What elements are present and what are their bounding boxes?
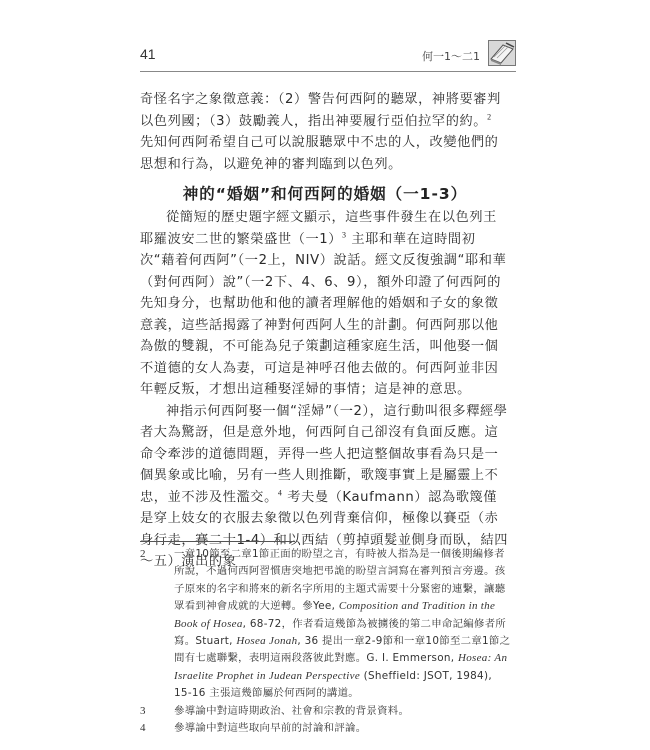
footnote-text: 參導論中對這時期政治、社會和宗教的背景資料。: [174, 703, 512, 720]
running-head: 何一1～二1: [422, 48, 480, 64]
section-body: 從簡短的歷史題字經文顯示，這些事件發生在以色列王耶羅波安二世的繁榮盛世（一1）3…: [140, 207, 510, 573]
footnote-number: 2: [140, 546, 174, 703]
paragraph-text: 主耶和華在這時間初次“藉着何西阿”（一2上，NIV）說話。經文反復強調“耶和華（…: [140, 232, 506, 398]
page-number: 41: [140, 46, 156, 62]
footnote: 3 參導論中對這時期政治、社會和宗教的背景資料。: [140, 703, 512, 720]
intro-text-b: 先知何西阿希望自己可以說服聽眾中不忠的人，改變他們的思想和行為，以避免神的審判臨…: [140, 135, 498, 172]
footnote-number: 4: [140, 720, 174, 737]
book-page: 41 何一1～二1 奇怪名字之象徵意義：（2）警告何西阿的聽眾，神將要審判以色列…: [0, 0, 650, 750]
footnote-number: 3: [140, 703, 174, 720]
footnotes: 2 一章10節至二章1節正面的盼望之言，有時被人指為是一個後期編修者所說，不過何…: [140, 546, 512, 737]
page-header: 41 何一1～二1: [140, 40, 516, 70]
section-heading: 神的“婚姻”和何西阿的婚姻（一1-3）: [140, 182, 510, 204]
paragraph: 從簡短的歷史題字經文顯示，這些事件發生在以色列王耶羅波安二世的繁榮盛世（一1）3…: [140, 207, 510, 401]
footnote: 2 一章10節至二章1節正面的盼望之言，有時被人指為是一個後期編修者所說，不過何…: [140, 546, 512, 703]
footnote-ref[interactable]: 2: [487, 112, 492, 121]
footnote-text: 一章10節至二章1節正面的盼望之言，有時被人指為是一個後期編修者所說，不過何西阿…: [174, 546, 512, 703]
footnote: 4 參導論中對這些取向早前的討論和評論。: [140, 720, 512, 737]
intro-paragraph: 奇怪名字之象徵意義：（2）警告何西阿的聽眾，神將要審判以色列國；（3）鼓勵義人，…: [140, 89, 510, 175]
intro-text-a: 奇怪名字之象徵意義：（2）警告何西阿的聽眾，神將要審判以色列國；（3）鼓勵義人，…: [140, 92, 501, 129]
footnote-rule: [140, 541, 295, 542]
footnote-text: 參導論中對這些取向早前的討論和評論。: [174, 720, 512, 737]
book-icon: [488, 40, 516, 66]
header-rule: [140, 71, 516, 72]
